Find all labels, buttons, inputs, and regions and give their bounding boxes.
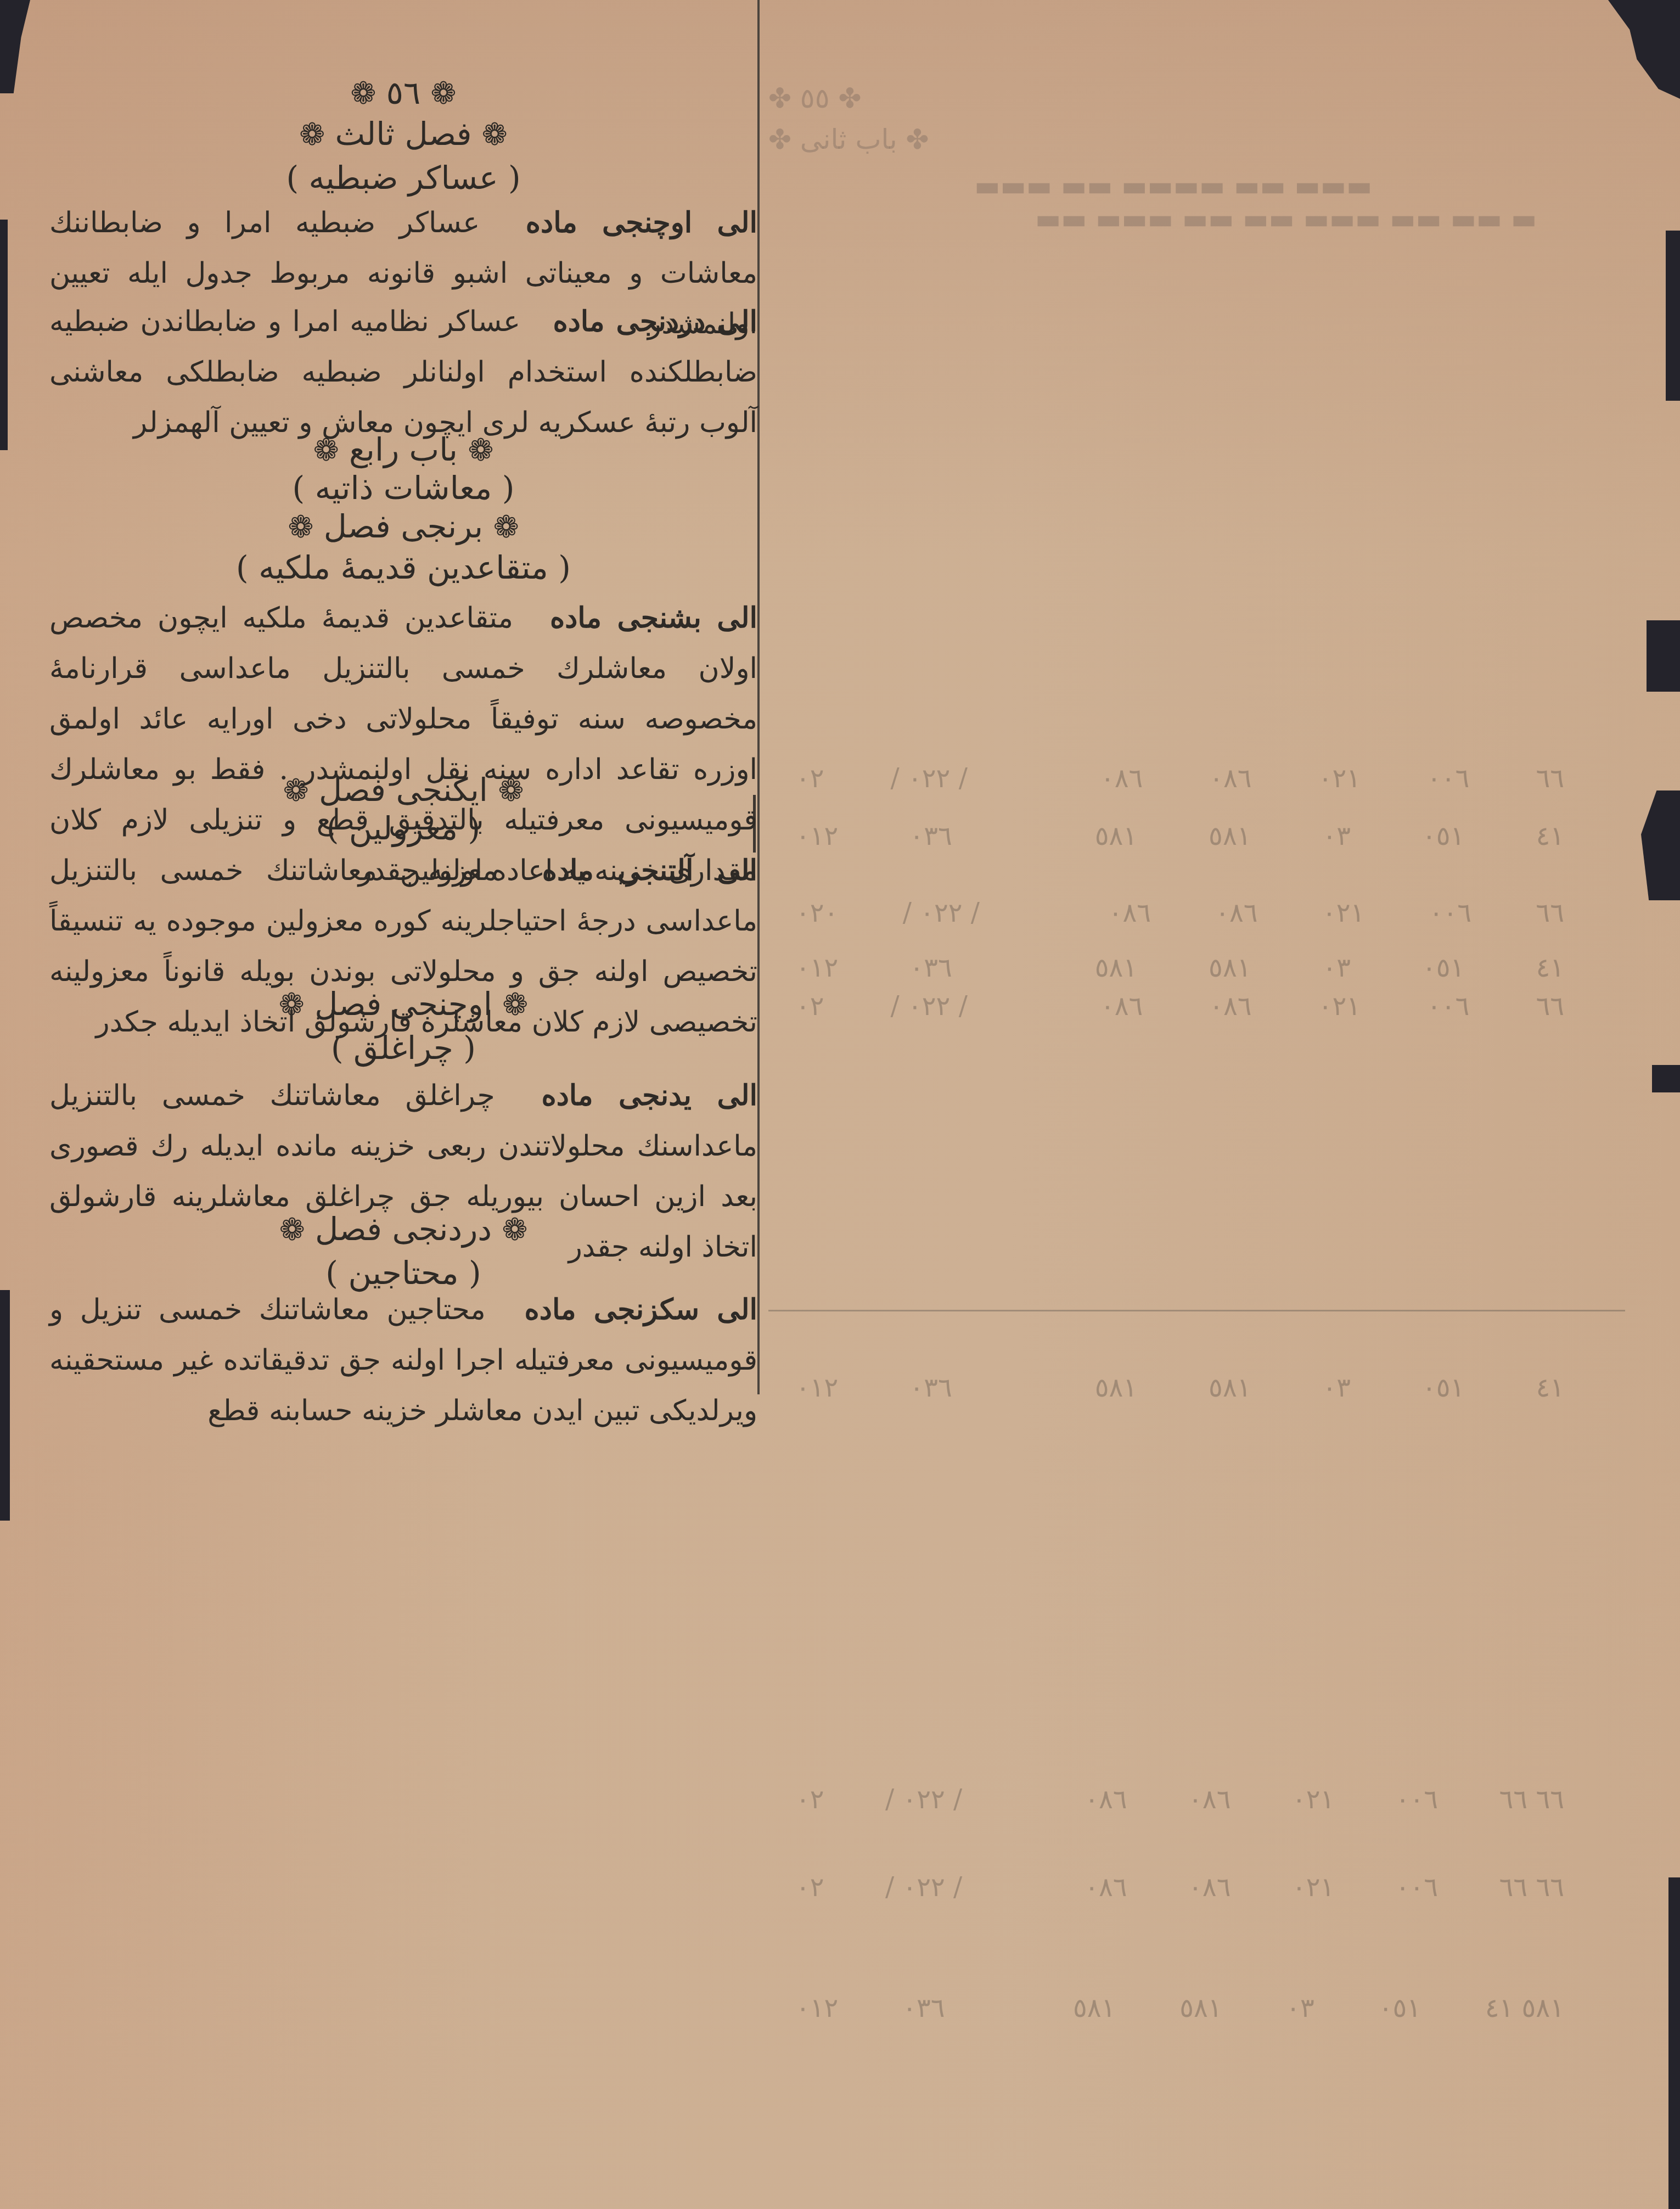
ornament-icon: ❁ [502, 1212, 527, 1248]
ornament-icon: ❁ [350, 76, 376, 111]
bleed-through-numerals: ٠١٢٠٣٦٥٨١٥٨١٠٣٠٥١٤١ [796, 952, 1564, 983]
ornament-icon: ❁ [283, 773, 309, 809]
ornament-icon: ❁ [482, 117, 508, 153]
scan-edge-right-1 [1666, 231, 1680, 401]
ornament-icon: ❁ [279, 987, 305, 1023]
ornament-icon: ❁ [493, 509, 519, 545]
bleed-through-numerals: ٠٢/ ٠٢٢ /٠٨٦٠٨٦٠٢١٠٠٦٦٦ ٦٦ [796, 1784, 1564, 1815]
bleed-through-numerals: ٠١٢٠٣٦٥٨١٥٨١٠٣٠٥١٤١ [796, 821, 1564, 851]
page-gutter-line [757, 0, 760, 1394]
section-heading: ❁ ايكنجى فصل ❁ [49, 774, 757, 806]
article-label: الى سكزنجى ماده [525, 1293, 758, 1326]
bleed-through-numerals: ٠٢/ ٠٢٢ /٠٨٦٠٨٦٠٢١٠٠٦٦٦ [796, 763, 1564, 794]
scan-edge-right-5 [1668, 1877, 1680, 2209]
article-paragraph: الى دردنجى ماده عساكر نظاميه امرا و ضابط… [49, 296, 757, 448]
article-paragraph: الى سكزنجى ماده محتاجين معاشاتنك خمسى تن… [49, 1285, 757, 1436]
section-subheading: ( معزولين ) [49, 812, 757, 844]
article-label: الى بشنجى ماده [550, 601, 757, 635]
ornament-icon: ❁ [313, 433, 339, 468]
bleed-through-line: ▬▬▬ ▬▬ ▬▬▬▬ ▬▬ ▬▬▬ [768, 170, 1372, 202]
ornament-icon: ❁ [431, 76, 457, 111]
bleed-through-page-number: ✤ ٥٥ ✤ [768, 82, 861, 114]
section-heading: ❁ دردنجى فصل ❁ [49, 1213, 757, 1246]
scan-edge-right-2 [1647, 620, 1680, 692]
article-label: الى اوچنجى ماده [526, 206, 757, 239]
ornament-icon: ❁ [468, 433, 493, 468]
article-label: الى آلتنجى ماده [542, 854, 757, 887]
bleed-through-line: ▬ ▬▬ ▬▬ ▬▬▬ ▬▬ ▬▬ ▬▬▬ ▬▬ [768, 203, 1537, 235]
scan-edge-left [0, 220, 8, 450]
fold-line [768, 1310, 1625, 1311]
article-label: الى يدنجى ماده [541, 1079, 757, 1112]
bleed-through-heading: ✤ باب ثانى ✤ [768, 124, 929, 155]
section-subheading: ( متقاعدين قديمهٔ ملكيه ) [49, 552, 757, 584]
scan-edge-left-lower [0, 1290, 10, 1521]
chapter-subheading: ( معاشات ذاتيه ) [49, 472, 757, 504]
ornament-icon: ❁ [288, 509, 313, 545]
article-label: الى دردنجى ماده [553, 305, 757, 338]
section-heading: ❁ فصل ثالث ❁ [49, 118, 757, 150]
bleed-through-numerals: ٠١٢٠٣٦٥٨١٥٨١٠٣٠٥١٤١ [796, 1372, 1564, 1403]
bleed-through-numerals: ٠٢/ ٠٢٢ /٠٨٦٠٨٦٠٢١٠٠٦٦٦ [796, 991, 1564, 1022]
section-heading: ❁ اوچنجى فصل ❁ [49, 988, 757, 1021]
scan-edge-right-4 [1652, 1065, 1680, 1092]
bleed-through-numerals: ٠١٢٠٣٦٥٨١٥٨١٠٣٠٥١٥٨١ ٤١ [796, 1993, 1564, 2023]
bleed-through-numerals: ٠٢/ ٠٢٢ /٠٨٦٠٨٦٠٢١٠٠٦٦٦ ٦٦ [796, 1872, 1564, 1903]
ornament-icon: ❁ [299, 117, 325, 153]
chapter-heading: ❁ باب رابع ❁ [49, 434, 757, 466]
bleed-through-numerals: ٠٢٠/ ٠٢٢ /٠٨٦٠٨٦٠٢١٠٠٦٦٦ [796, 898, 1564, 928]
left-page: ❁ ٥٦ ❁ ❁ فصل ثالث ❁ ( عساكر ضبطيه ) الى … [49, 0, 757, 1405]
ornament-icon: ❁ [502, 987, 528, 1023]
ornament-icon: ❁ [279, 1212, 305, 1248]
ornament-icon: ❁ [498, 773, 524, 809]
page-number: ❁ ٥٦ ❁ [49, 77, 757, 109]
section-heading: ❁ برنجى فصل ❁ [49, 511, 757, 543]
section-subheading: ( چراغلق ) [49, 1032, 757, 1064]
section-subheading: ( عساكر ضبطيه ) [49, 162, 757, 194]
